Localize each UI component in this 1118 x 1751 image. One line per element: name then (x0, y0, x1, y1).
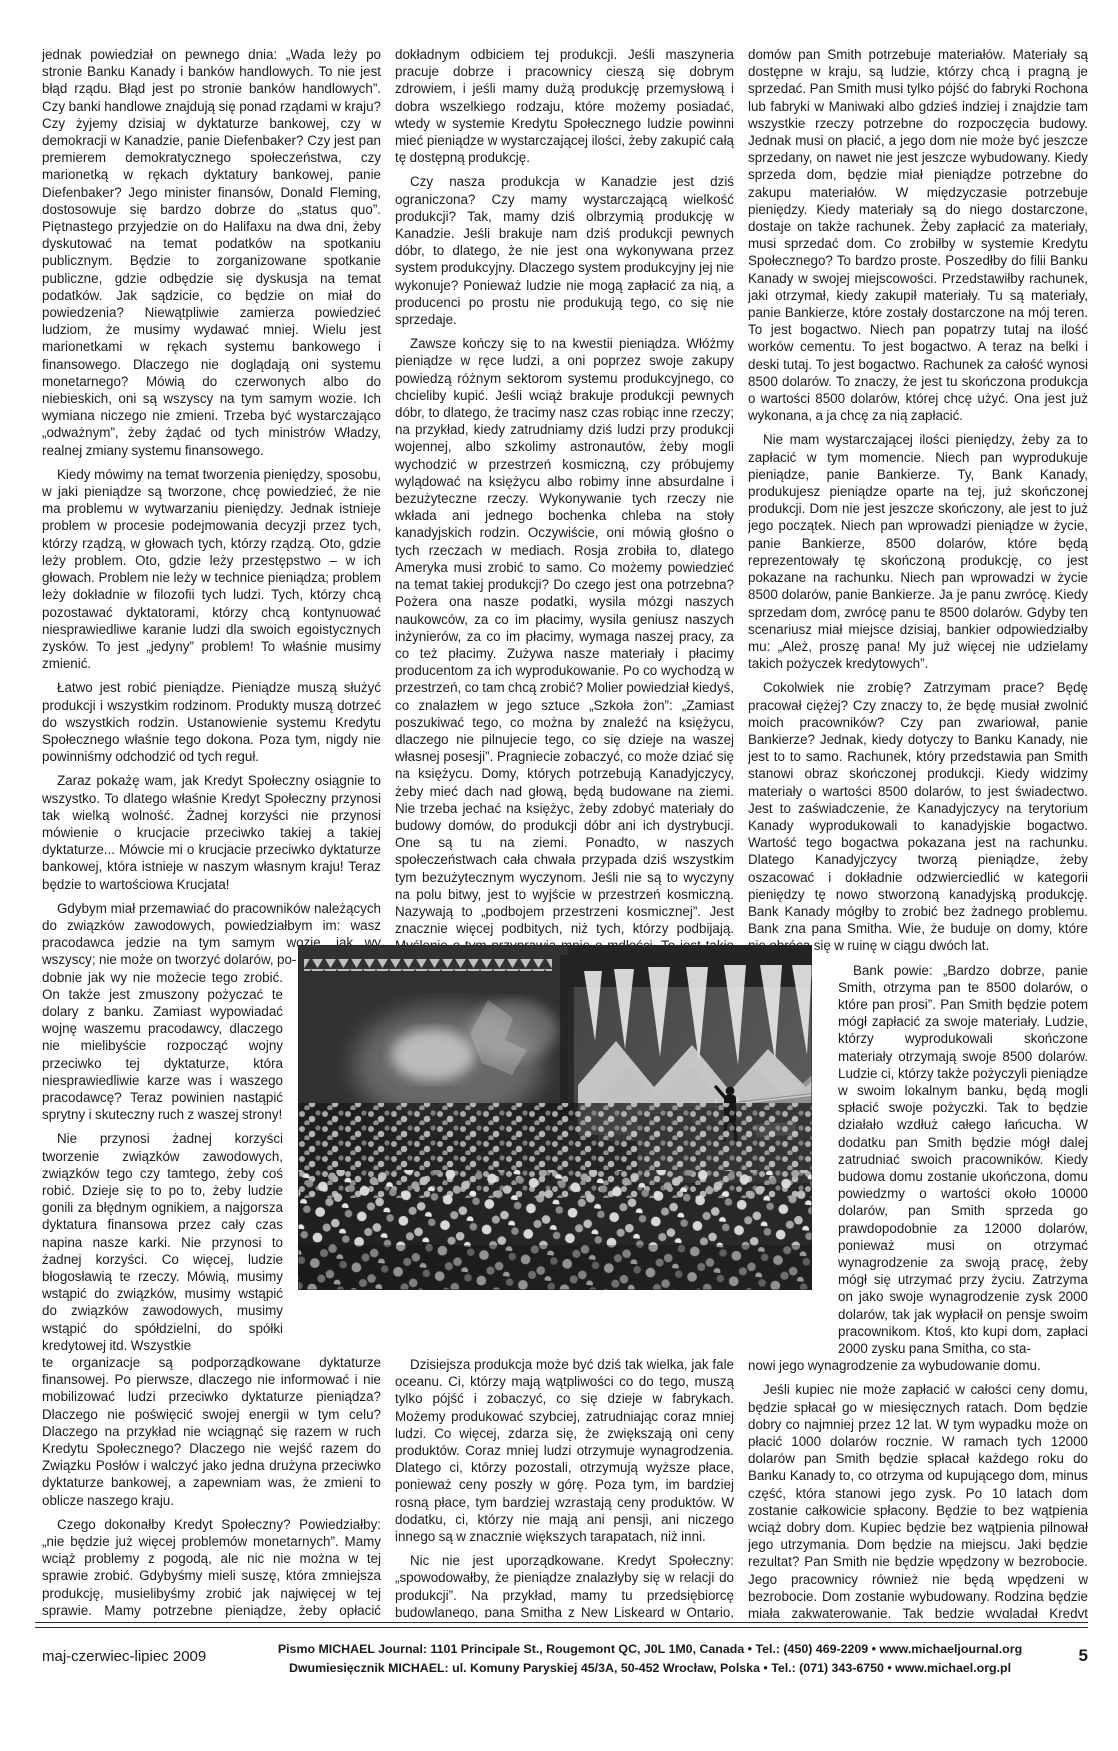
assembly-crowd-photo-graphic (298, 945, 812, 1290)
article-paragraph: Cokolwiek nie zrobię? Zatrzymam prace? B… (748, 679, 1088, 954)
article-paragraph: Bank powie: „Bardzo dobrze, panie Smith,… (838, 962, 1088, 1358)
article-column-1: jednak powiedział on pewnego dnia: „Wada… (42, 46, 381, 1618)
column-2-lower-text: Dzisiejsza produkcja może być dziś tak w… (395, 1356, 734, 1618)
issue-date: maj-czerwiec-lipiec 2009 (42, 1640, 272, 1665)
page-footer: maj-czerwiec-lipiec 2009 Pismo MICHAEL J… (42, 1640, 1088, 1678)
article-paragraph: Nie mam wystarczającej ilości pieniędzy,… (748, 431, 1088, 672)
publisher-line-1: Pismo MICHAEL Journal: 1101 Principale S… (272, 1640, 1028, 1659)
article-paragraph: Zawsze kończy się to na kwestii pieniądz… (395, 335, 734, 989)
publisher-info: Pismo MICHAEL Journal: 1101 Principale S… (272, 1640, 1028, 1678)
article-paragraph: Łatwo jest robić pieniądze. Pieniądze mu… (42, 679, 381, 765)
article-paragraph: Nic nie jest uporządkowane. Kredyt Społe… (395, 1552, 734, 1618)
article-paragraph: Zaraz pokażę wam, jak Kredyt Społeczny o… (42, 772, 381, 892)
article-paragraph: dobnie jak wy nie możecie tego zrobić. O… (42, 969, 283, 1124)
column-3-text: domów pan Smith potrzebuje materiałów. M… (748, 46, 1088, 1618)
article-paragraph: Czego dokonałby Kredyt Społeczny? Powied… (42, 1516, 381, 1618)
page-number: 5 (1028, 1640, 1088, 1666)
newspaper-page: jednak powiedział on pewnego dnia: „Wada… (0, 0, 1118, 1751)
article-column-2: dokładnym odbiciem tej produkcji. Jeśli … (395, 46, 734, 1618)
article-paragraph: Jeśli kupiec nie może zapłacić w całości… (748, 1381, 1088, 1618)
article-paragraph: Czy nasza produkcja w Kanadzie jest dziś… (395, 173, 734, 328)
article-paragraph: Nie przynosi żadnej korzyści tworzenie z… (42, 1130, 283, 1354)
article-paragraph: dokładnym odbiciem tej produkcji. Jeśli … (395, 46, 734, 166)
column-2-upper-text: dokładnym odbiciem tej produkcji. Jeśli … (395, 46, 734, 989)
article-column-3: domów pan Smith potrzebuje materiałów. M… (748, 46, 1088, 1618)
article-paragraph: domów pan Smith potrzebuje materiałów. M… (748, 46, 1088, 424)
article-paragraph: nowi jego wynagrodzenie za wybudowanie d… (748, 1357, 1088, 1374)
article-paragraph: jednak powiedział on pewnego dnia: „Wada… (42, 46, 381, 459)
article-paragraph: Kiedy mówimy na temat tworzenia pieniędz… (42, 466, 381, 672)
assembly-crowd-photo (298, 945, 812, 1290)
publisher-line-2: Dwumiesięcznik MICHAEL: ul. Komuny Parys… (272, 1659, 1028, 1678)
article-paragraph: Dzisiejsza produkcja może być dziś tak w… (395, 1356, 734, 1545)
footer-divider (35, 1622, 1088, 1628)
article-paragraph: te organizacje są podporządkowane dyktat… (42, 1354, 381, 1509)
